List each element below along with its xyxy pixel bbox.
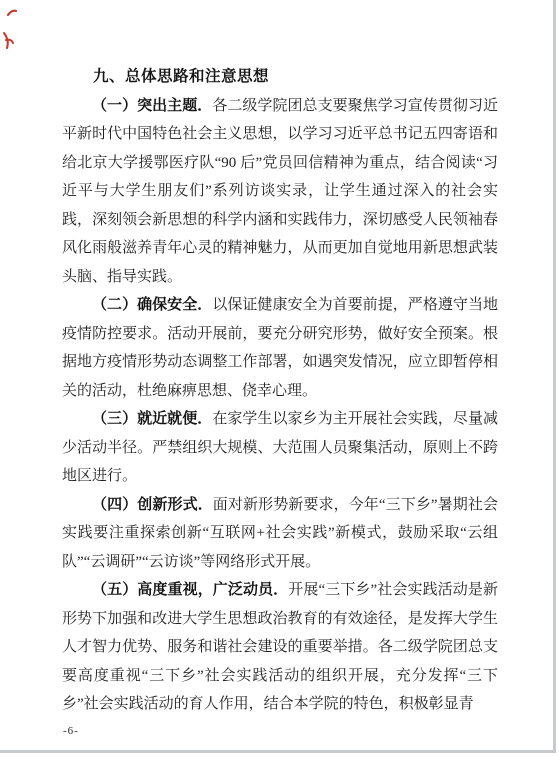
document-page: 九、总体思路和注意思想 （一）突出主题．各二级学院团总支要聚焦学习宣传贯彻习近平… <box>0 0 556 753</box>
paragraph-lead: （二）确保安全． <box>92 296 212 313</box>
paragraph: （一）突出主题．各二级学院团总支要聚焦学习宣传贯彻习近平新时代中国特色社会主义思… <box>62 92 498 292</box>
paragraph-lead: （五）高度重视，广泛动员． <box>92 581 288 598</box>
paragraph-lead: （三）就近就便． <box>92 410 212 427</box>
paragraph: （五）高度重视，广泛动员．开展“三下乡”社会实践活动是新形势下加强和改进大学生思… <box>62 576 498 719</box>
page-number: -6- <box>63 725 79 737</box>
paragraph-lead: （一）突出主题． <box>92 97 212 114</box>
document-viewer: 九、总体思路和注意思想 （一）突出主题．各二级学院团总支要聚焦学习宣传贯彻习近平… <box>0 0 559 757</box>
paragraph-text: 各二级学院团总支要聚焦学习宣传贯彻习近平新时代中国特色社会主义思想，以学习习近平… <box>62 98 498 285</box>
red-annotation-mark <box>5 6 19 20</box>
section-heading: 九、总体思路和注意思想 <box>62 63 498 92</box>
paragraph: （三）就近就便．在家学生以家乡为主开展社会实践，尽量减少活动半径。严禁组织大规模… <box>62 405 498 491</box>
paragraph-lead: （四）创新形式． <box>92 496 213 513</box>
red-annotation-mark <box>0 30 16 52</box>
paragraph: （二）确保安全．以保证健康安全为首要前提，严格遵守当地疫情防控要求。活动开展前，… <box>62 291 498 405</box>
document-body: 九、总体思路和注意思想 （一）突出主题．各二级学院团总支要聚焦学习宣传贯彻习近平… <box>62 63 498 719</box>
paragraph-text: 开展“三下乡”社会实践活动是新形势下加强和改进大学生思想政治教育的有效途径，是发… <box>62 582 498 712</box>
paragraph: （四）创新形式．面对新形势新要求，今年“三下乡”暑期社会实践要注重探索创新“互联… <box>62 491 498 577</box>
